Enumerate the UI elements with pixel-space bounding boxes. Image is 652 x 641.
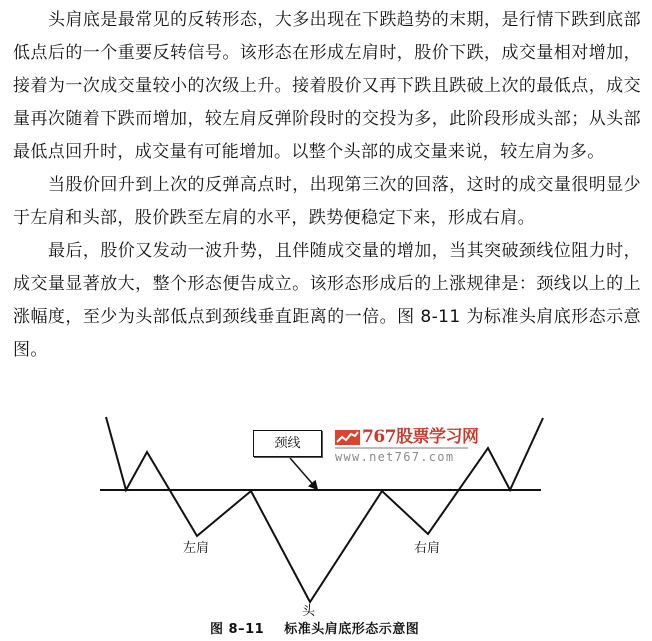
pattern-diagram [0,400,652,641]
watermark-url: www.net767.com [335,450,454,464]
head-and-shoulders-bottom-figure: 颈线 767股票学习网 www.net767.com 左肩 右肩 头 图 8–1… [0,400,652,641]
right-shoulder-label: 右肩 [414,541,440,557]
left-shoulder-label: 左肩 [183,541,209,557]
paragraph-1: 头肩底是最常见的反转形态，大多出现在下跌趋势的末期，是行情下跌到底部低点后的一个… [13,4,641,169]
article-text: 头肩底是最常见的反转形态，大多出现在下跌趋势的末期，是行情下跌到底部低点后的一个… [13,4,641,367]
watermark-title: 767股票学习网 [362,427,479,447]
neckline-label-box: 颈线 [253,430,322,457]
neckline-label: 颈线 [274,436,300,451]
watermark-divider [335,447,468,449]
figure-caption: 图 8–11 标准头肩底形态示意图 [210,622,419,638]
paragraph-2: 当股价回升到上次的反弹高点时，出现第三次的回落，这时的成交量很明显少于左肩和头部… [13,169,641,235]
paragraph-3: 最后，股价又发动一波升势，且伴随成交量的增加，当其突破颈线位阻力时，成交量显著放… [13,235,641,367]
head-label: 头 [302,604,315,620]
neckline-pointer-arrow [290,458,317,489]
chart-trend-logo-icon [335,430,360,445]
